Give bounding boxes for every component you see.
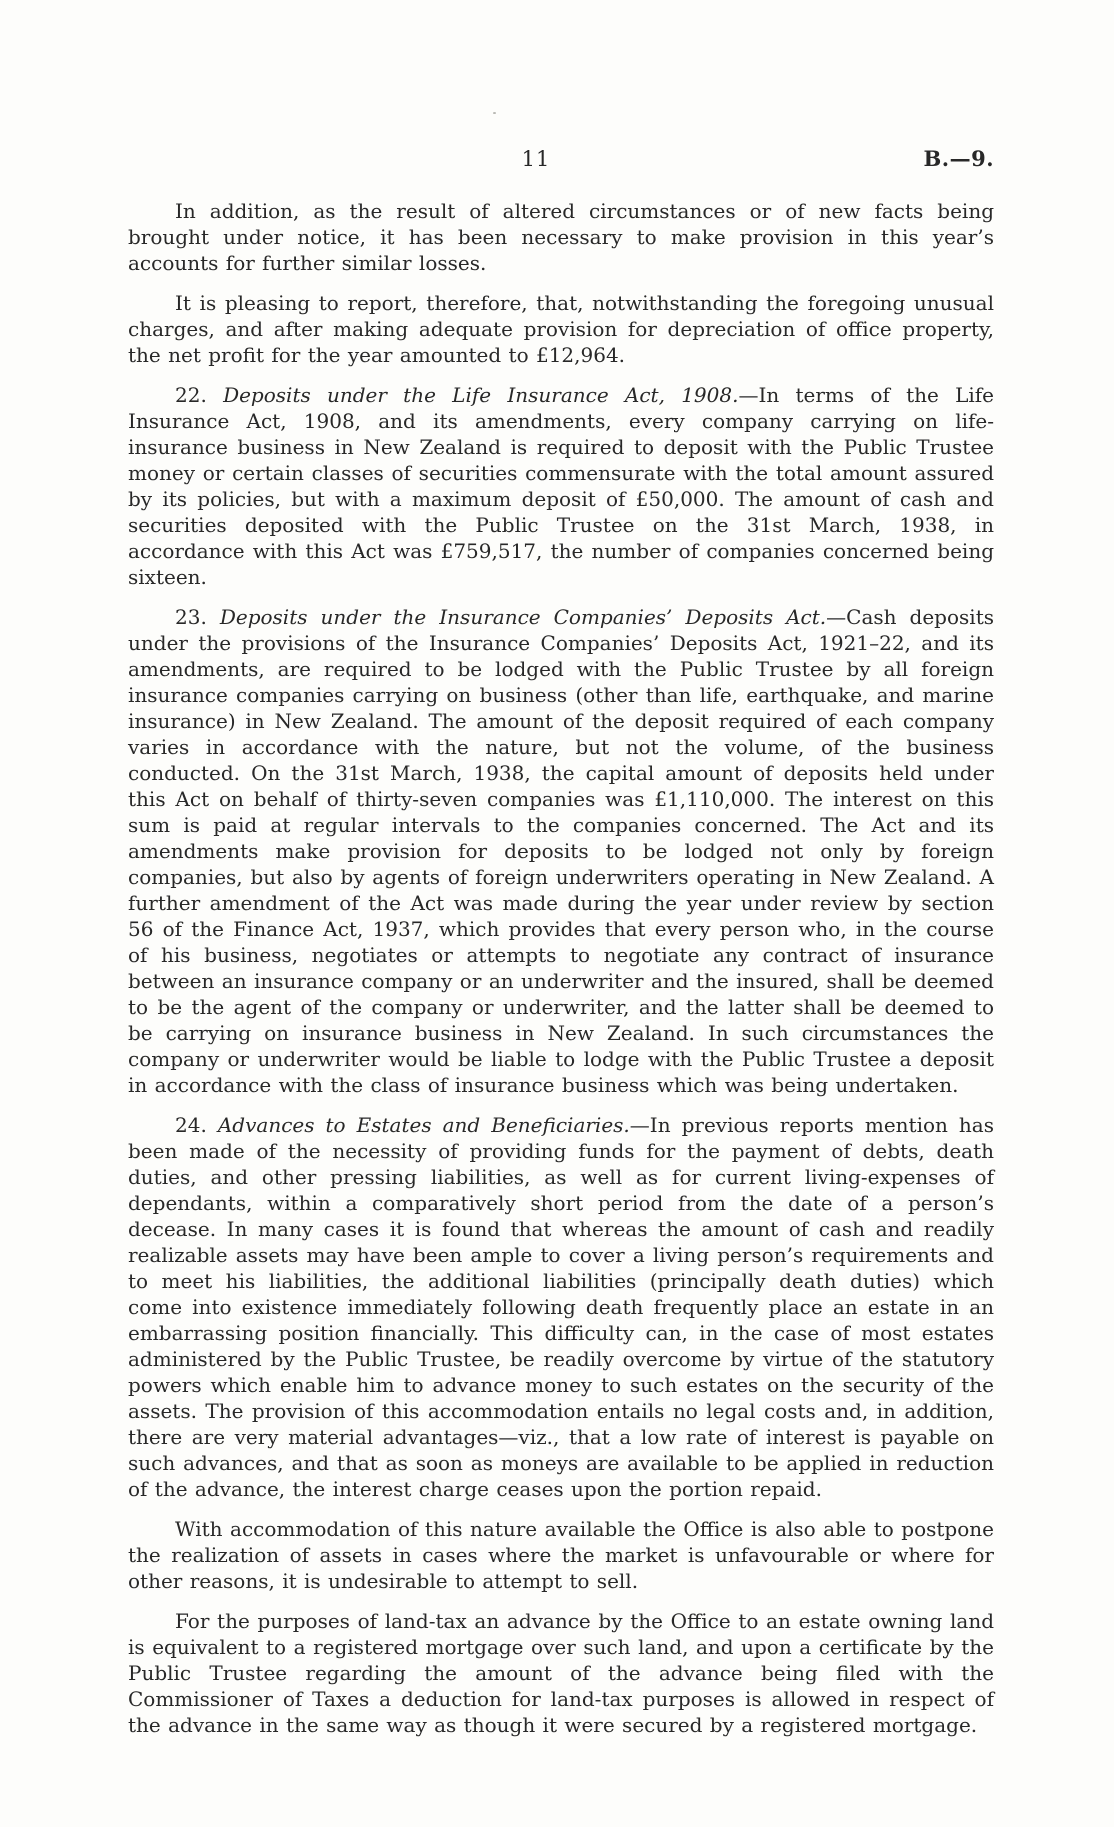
scan-speck <box>493 112 496 114</box>
paragraph-text: It is pleasing to report, therefore, tha… <box>128 291 994 367</box>
section-title-italic: Deposits under the Life Insurance Act, 1… <box>223 383 738 407</box>
paragraph: For the purposes of land-tax an advance … <box>128 1608 994 1738</box>
paragraph-text: With accommodation of this nature availa… <box>128 1517 994 1593</box>
paragraph: 22. Deposits under the Life Insurance Ac… <box>128 382 994 590</box>
page-header: 11 B.—9. <box>128 146 994 174</box>
paragraph-text: In addition, as the result of altered ci… <box>128 199 994 275</box>
paragraph-text: —In terms of the Life Insurance Act, 190… <box>128 383 994 589</box>
paragraph-text: —In previous reports mention has been ma… <box>128 1113 994 1501</box>
paragraph-text: For the purposes of land-tax an advance … <box>128 1609 994 1737</box>
paragraph-text: 23. <box>175 605 220 629</box>
section-title-italic: Advances to Estates and Beneficiaries. <box>218 1113 630 1137</box>
paragraph: 23. Deposits under the Insurance Compani… <box>128 604 994 1098</box>
paragraph-text: 24. <box>175 1113 218 1137</box>
paragraph: With accommodation of this nature availa… <box>128 1516 994 1594</box>
section-title-italic: Deposits under the Insurance Companies’ … <box>220 605 826 629</box>
page-number: 11 <box>522 146 551 172</box>
document-page: 11 B.—9. In addition, as the result of a… <box>0 0 1114 1827</box>
paragraph: In addition, as the result of altered ci… <box>128 198 994 276</box>
report-reference: B.—9. <box>924 146 994 172</box>
paragraph-text: 22. <box>175 383 223 407</box>
paragraph: It is pleasing to report, therefore, tha… <box>128 290 994 368</box>
paragraphs: In addition, as the result of altered ci… <box>128 198 994 1738</box>
paragraph-text: —Cash deposits under the provisions of t… <box>128 605 994 1097</box>
text-column: 11 B.—9. In addition, as the result of a… <box>128 146 994 1752</box>
paragraph: 24. Advances to Estates and Beneficiarie… <box>128 1112 994 1502</box>
